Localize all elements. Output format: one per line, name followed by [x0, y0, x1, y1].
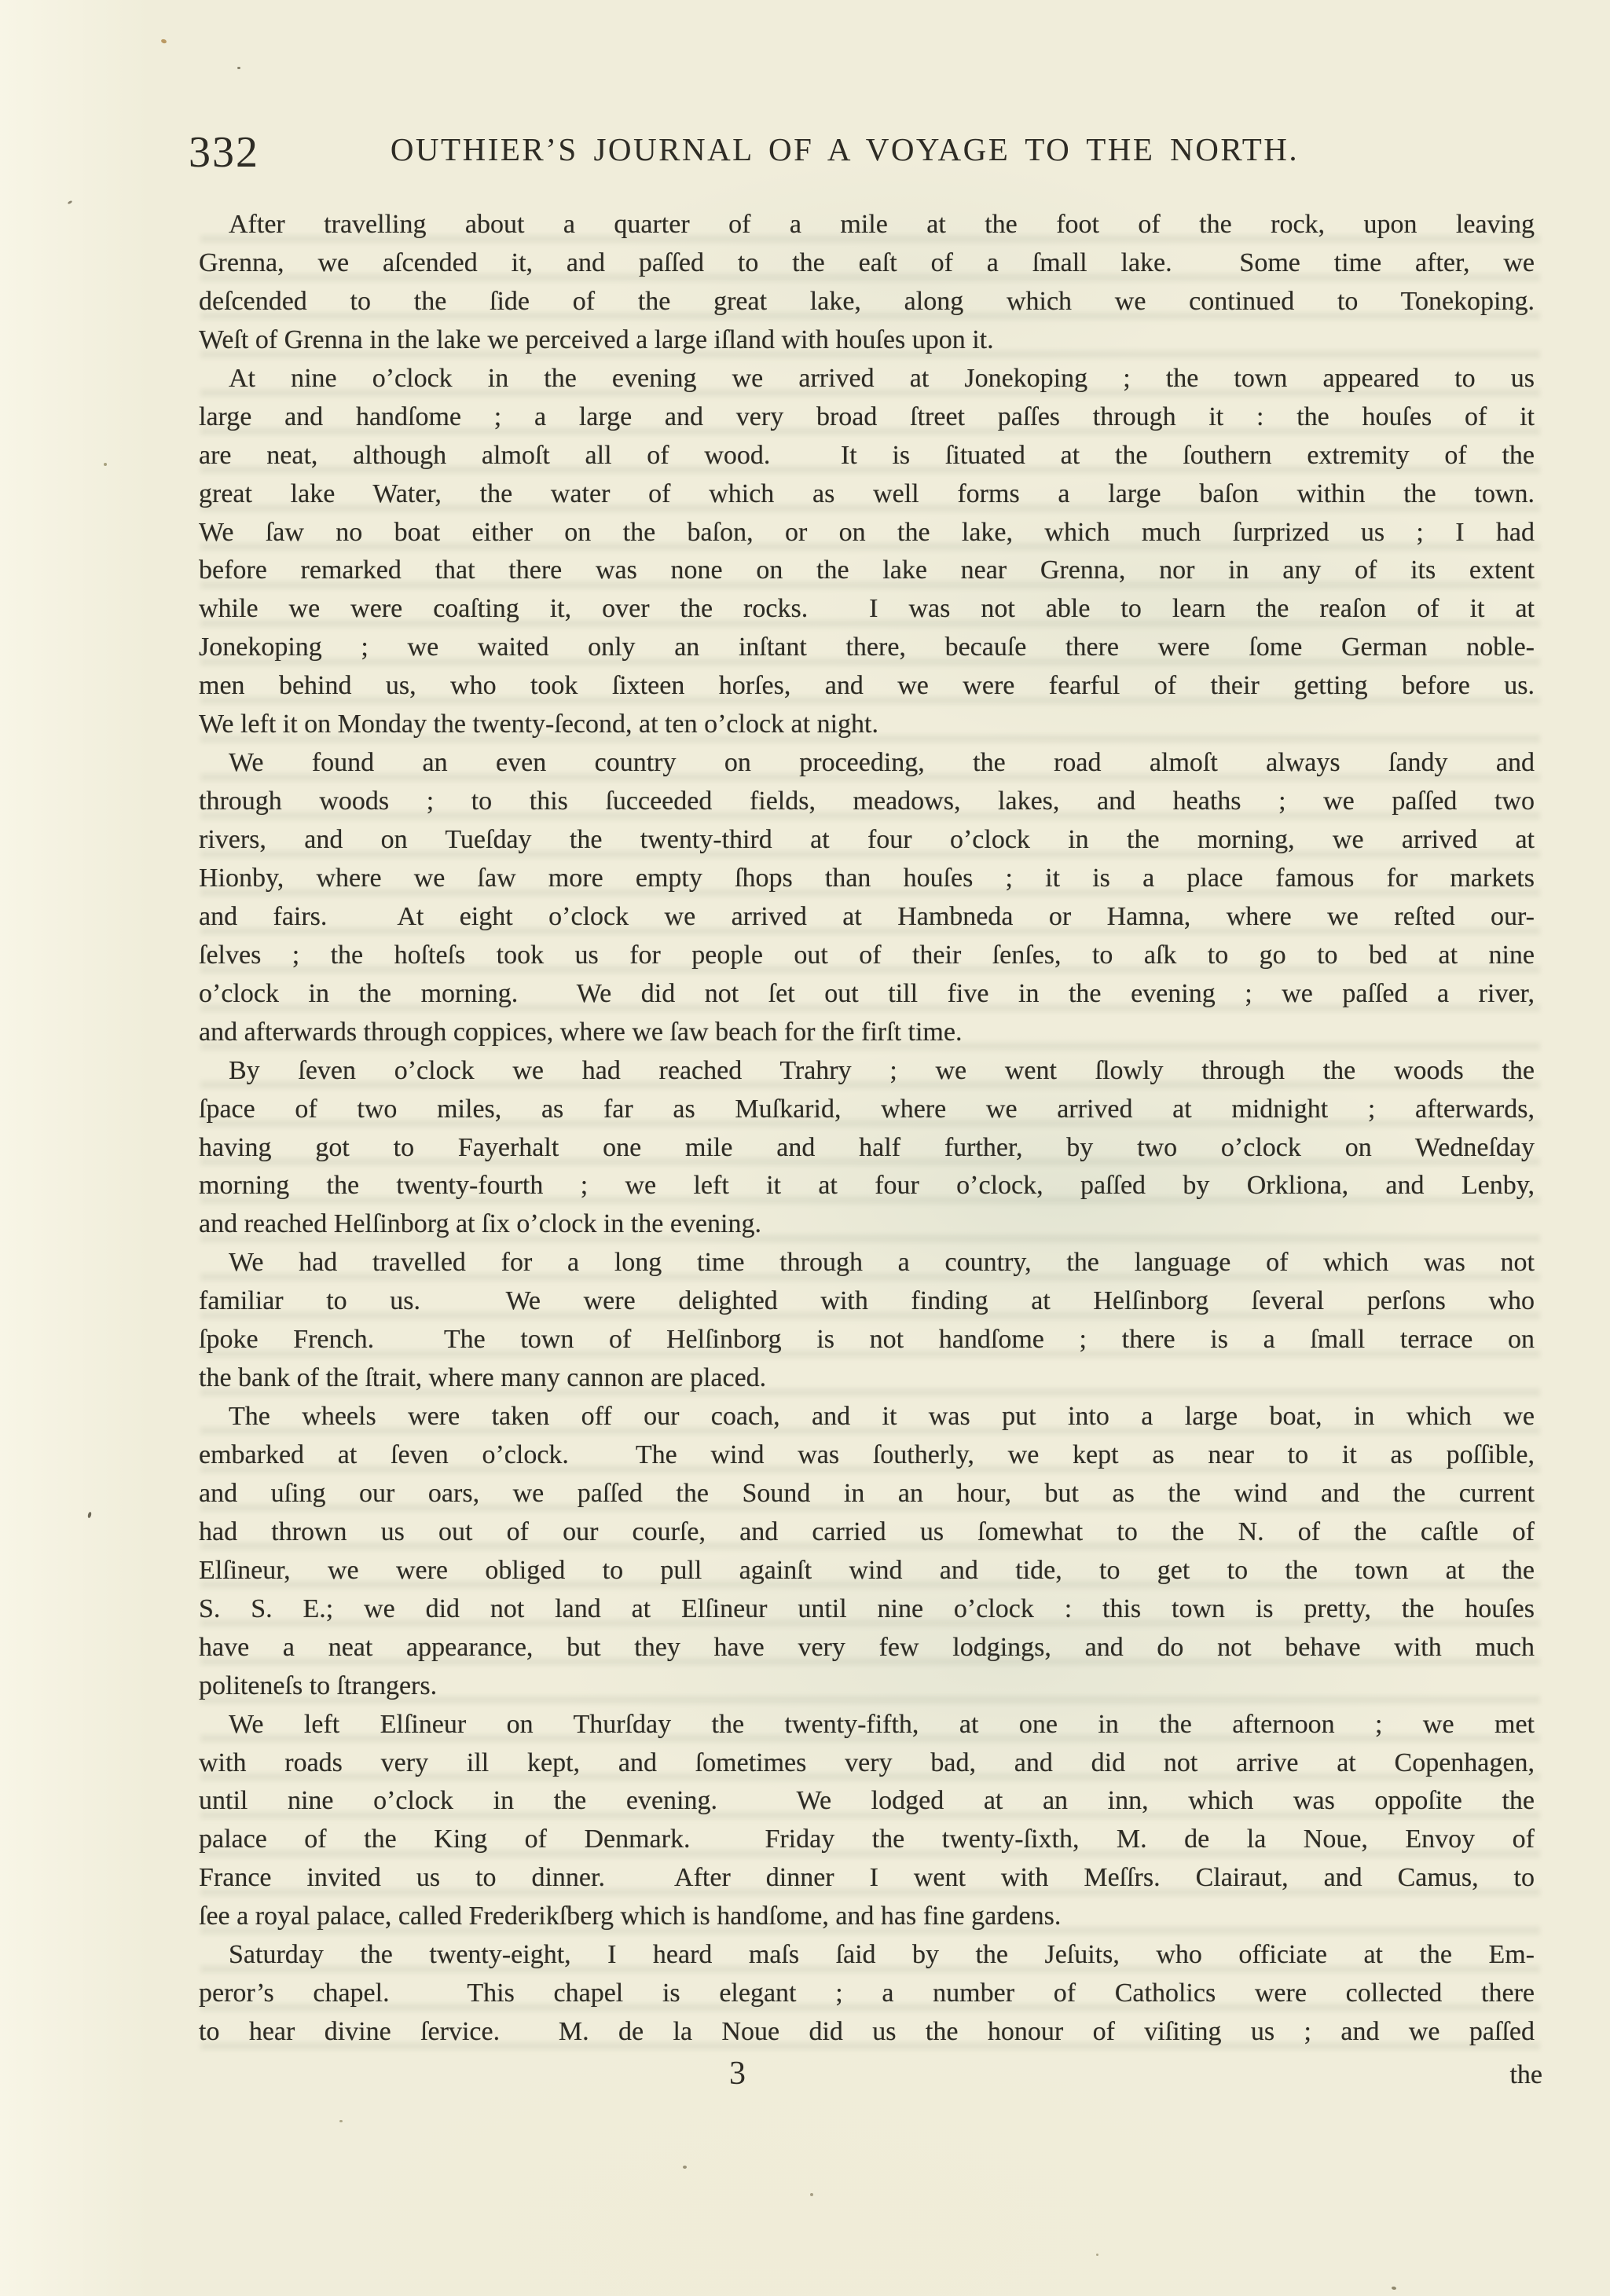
text-line: ſpoke French. The town of Helſinborg is … — [199, 1321, 1535, 1359]
signature-mark: 3 — [729, 2057, 746, 2090]
text-line: morning the twenty-fourth ; we left it a… — [199, 1167, 1535, 1205]
text-line: Grenna, we aſcended it, and paſſed to th… — [199, 244, 1535, 283]
text-line: Hionby, where we ſaw more empty ſhops th… — [199, 860, 1535, 898]
paragraph: The wheels were taken off our coach, and… — [199, 1398, 1535, 1706]
text-line: deſcended to the ſide of the great lake,… — [199, 283, 1535, 321]
text-line: We left it on Monday the twenty-ſecond, … — [199, 706, 1535, 744]
text-line: and reached Helſinborg at ſix o’clock in… — [199, 1205, 1535, 1244]
paper-speck — [1392, 2287, 1397, 2290]
text-block: After travelling about a quarter of a mi… — [199, 206, 1535, 2052]
text-line: had thrown us out of our courſe, and car… — [199, 1513, 1535, 1552]
text-line: having got to Fayerhalt one mile and hal… — [199, 1129, 1535, 1168]
text-line: Jonekoping ; we waited only an inſtant t… — [199, 629, 1535, 667]
text-line: We found an even country on proceeding, … — [199, 744, 1535, 783]
text-line: ſpace of two miles, as far as Muſkarid, … — [199, 1091, 1535, 1129]
text-line: have a neat appearance, but they have ve… — [199, 1629, 1535, 1667]
text-line: After travelling about a quarter of a mi… — [199, 206, 1535, 244]
paragraph: After travelling about a quarter of a mi… — [199, 206, 1535, 360]
text-line: until nine o’clock in the evening. We lo… — [199, 1782, 1535, 1821]
paper-speck — [237, 67, 240, 69]
paper-speck — [1096, 2254, 1098, 2256]
text-line: At nine o’clock in the evening we arrive… — [199, 360, 1535, 398]
book-page: 332 OUTHIER’S JOURNAL OF A VOYAGE TO THE… — [0, 0, 1610, 2296]
text-line: rivers, and on Tueſday the twenty-third … — [199, 821, 1535, 860]
text-line: We ſaw no boat either on the baſon, or o… — [199, 514, 1535, 552]
text-line: S. S. E.; we did not land at Elſineur un… — [199, 1590, 1535, 1629]
text-line: while we were coaſting it, over the rock… — [199, 590, 1535, 629]
text-line: with roads very ill kept, and ſometimes … — [199, 1744, 1535, 1783]
text-line: Elſineur, we were obliged to pull againſ… — [199, 1552, 1535, 1590]
paragraph: At nine o’clock in the evening we arrive… — [199, 360, 1535, 744]
paragraph: We found an even country on proceeding, … — [199, 744, 1535, 1052]
text-line: embarked at ſeven o’clock. The wind was … — [199, 1436, 1535, 1475]
text-line: palace of the King of Denmark. Friday th… — [199, 1821, 1535, 1859]
running-title: OUTHIER’S JOURNAL OF A VOYAGE TO THE NOR… — [177, 134, 1513, 166]
text-line: to hear divine ſervice. M. de la Noue di… — [199, 2013, 1535, 2052]
text-line: through woods ; to this ſucceeded fields… — [199, 783, 1535, 821]
text-line: The wheels were taken off our coach, and… — [199, 1398, 1535, 1436]
text-line: and afterwards through coppices, where w… — [199, 1014, 1535, 1052]
text-line: before remarked that there was none on t… — [199, 552, 1535, 590]
text-line: By ſeven o’clock we had reached Trahry ;… — [199, 1052, 1535, 1091]
text-line: ſee a royal palace, called Frederikſberg… — [199, 1898, 1535, 1936]
text-line: We left Elſineur on Thurſday the twenty-… — [199, 1706, 1535, 1744]
text-line: Saturday the twenty-eight, I heard maſs … — [199, 1936, 1535, 1975]
text-line: France invited us to dinner. After dinne… — [199, 1859, 1535, 1898]
text-line: great lake Water, the water of which as … — [199, 475, 1535, 514]
text-line: ſelves ; the hoſteſs took us for people … — [199, 937, 1535, 975]
paper-speck — [810, 2193, 813, 2196]
text-line: o’clock in the morning. We did not ſet o… — [199, 975, 1535, 1014]
text-line: We had travelled for a long time through… — [199, 1244, 1535, 1282]
text-line: large and handſome ; a large and very br… — [199, 398, 1535, 437]
catchword: the — [1509, 2062, 1542, 2089]
paper-speck — [339, 2120, 343, 2122]
paper-speck — [104, 463, 107, 466]
text-line: and uſing our oars, we paſſed the Sound … — [199, 1475, 1535, 1513]
text-line: the bank of the ſtrait, where many canno… — [199, 1359, 1535, 1398]
paragraph: Saturday the twenty-eight, I heard maſs … — [199, 1936, 1535, 2052]
paper-speck — [87, 1512, 92, 1519]
paper-speck — [68, 200, 73, 205]
text-line: are neat, although almoſt all of wood. I… — [199, 437, 1535, 475]
text-line: and fairs. At eight o’clock we arrived a… — [199, 898, 1535, 937]
text-line: politeneſs to ſtrangers. — [199, 1667, 1535, 1706]
text-line: men behind us, who took ſixteen horſes, … — [199, 667, 1535, 706]
text-line: Weſt of Grenna in the lake we perceived … — [199, 321, 1535, 360]
paragraph: We had travelled for a long time through… — [199, 1244, 1535, 1398]
text-line: familiar to us. We were delighted with f… — [199, 1282, 1535, 1321]
text-line: peror’s chapel. This chapel is elegant ;… — [199, 1975, 1535, 2013]
paragraph: We left Elſineur on Thurſday the twenty-… — [199, 1706, 1535, 1937]
paper-speck — [683, 2166, 687, 2169]
paragraph: By ſeven o’clock we had reached Trahry ;… — [199, 1052, 1535, 1245]
paper-speck — [160, 39, 167, 44]
